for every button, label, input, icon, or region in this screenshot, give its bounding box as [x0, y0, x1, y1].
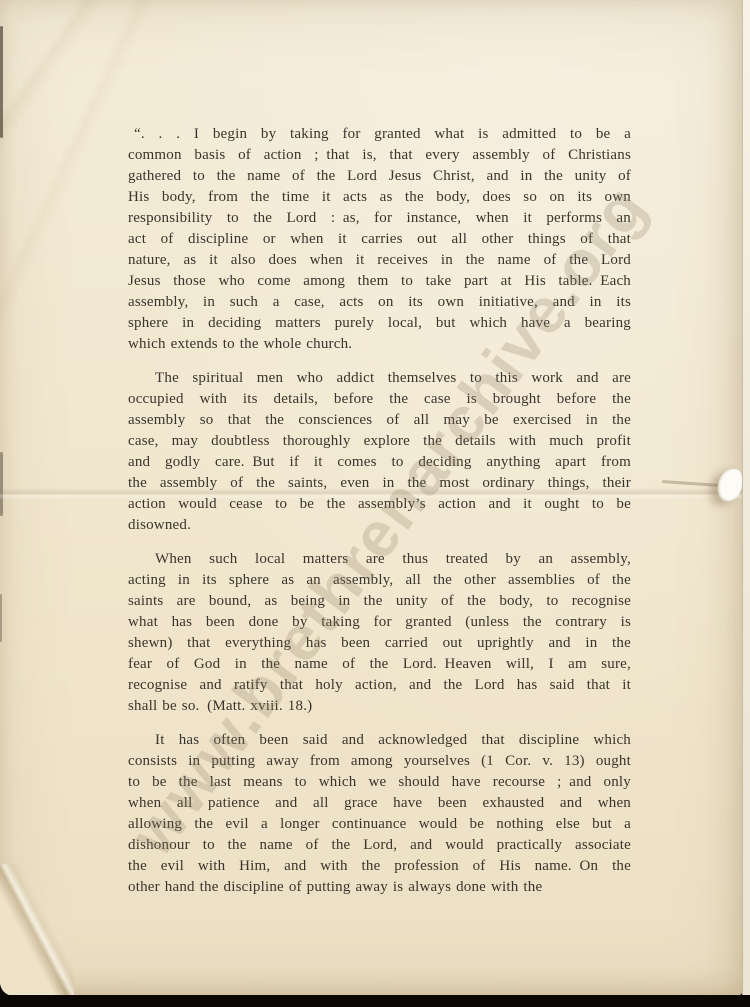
text-line: occupied with its details, before the ca… [128, 389, 631, 410]
text-line: case, may doubtless thoroughly explore t… [128, 431, 631, 452]
text-line: sphere in deciding matters purely local,… [128, 313, 631, 334]
text-line: saints are bound, as being in the unity … [128, 591, 631, 612]
text-line: action would cease to be the assembly’s … [128, 494, 631, 515]
text-line: His body, from the time it acts as the b… [128, 187, 631, 208]
scanner-edge-sliver [0, 26, 3, 138]
paragraph-4: It has often been said and acknowledged … [128, 730, 631, 898]
text-line: allowing the evil a longer continuance w… [128, 814, 631, 835]
text-line: assembly so that the consciences of all … [128, 410, 631, 431]
text-line: assembly, in such a case, acts on its ow… [128, 292, 631, 313]
text-line: disowned. [128, 515, 631, 536]
scanned-page-container: “. . . I begin by taking for granted wha… [0, 0, 750, 1007]
text-line: the assembly of the saints, even in the … [128, 473, 631, 494]
text-line: which extends to the whole church. [128, 334, 631, 355]
document-text: “. . . I begin by taking for granted wha… [128, 124, 631, 898]
text-line: gathered to the name of the Lord Jesus C… [128, 166, 631, 187]
text-line: dishonour to the name of the Lord, and w… [128, 835, 631, 856]
scanner-edge-sliver [0, 452, 3, 516]
text-line: and godly care. But if it comes to decid… [128, 452, 631, 473]
text-line: consists in putting away from among your… [128, 751, 631, 772]
text-line: fear of God in the name of the Lord. Hea… [128, 654, 631, 675]
text-line: recognise and ratify that holy action, a… [128, 675, 631, 696]
text-line: common basis of action ; that is, that e… [128, 145, 631, 166]
page-scan: “. . . I begin by taking for granted wha… [0, 0, 744, 996]
text-line: what has been done by taking for granted… [128, 612, 631, 633]
text-line: act of discipline or when it carries out… [128, 229, 631, 250]
text-line: other hand the discipline of putting awa… [128, 877, 631, 898]
page-torn-right-edge [742, 0, 750, 996]
tear-shadow [662, 480, 720, 487]
paragraph-3: When such local matters are thus treated… [128, 549, 631, 717]
text-line: the evil with Him, and with the professi… [128, 856, 631, 877]
text-line: When such local matters are thus treated… [128, 549, 631, 570]
text-line: nature, as it also does when it receives… [128, 250, 631, 271]
text-line: acting in its sphere as an assembly, all… [128, 570, 631, 591]
text-line: It has often been said and acknowledged … [128, 730, 631, 751]
text-line: to be the last means to which we should … [128, 772, 631, 793]
scanner-bottom-band [0, 995, 750, 1007]
text-line: “. . . I begin by taking for granted wha… [128, 124, 631, 145]
text-line: responsibility to the Lord : as, for ins… [128, 208, 631, 229]
text-line: shewn) that everything has been carried … [128, 633, 631, 654]
text-line: when all patience and all grace have bee… [128, 793, 631, 814]
text-line: Jesus those who come among them to take … [128, 271, 631, 292]
text-line: The spiritual men who addict themselves … [128, 368, 631, 389]
bottom-left-fold [0, 864, 74, 996]
text-line: shall be so. (Matt. xviii. 18.) [128, 696, 631, 717]
paragraph-1: “. . . I begin by taking for granted wha… [128, 124, 631, 355]
paragraph-2: The spiritual men who addict themselves … [128, 368, 631, 536]
scanner-edge-sliver [0, 594, 2, 642]
